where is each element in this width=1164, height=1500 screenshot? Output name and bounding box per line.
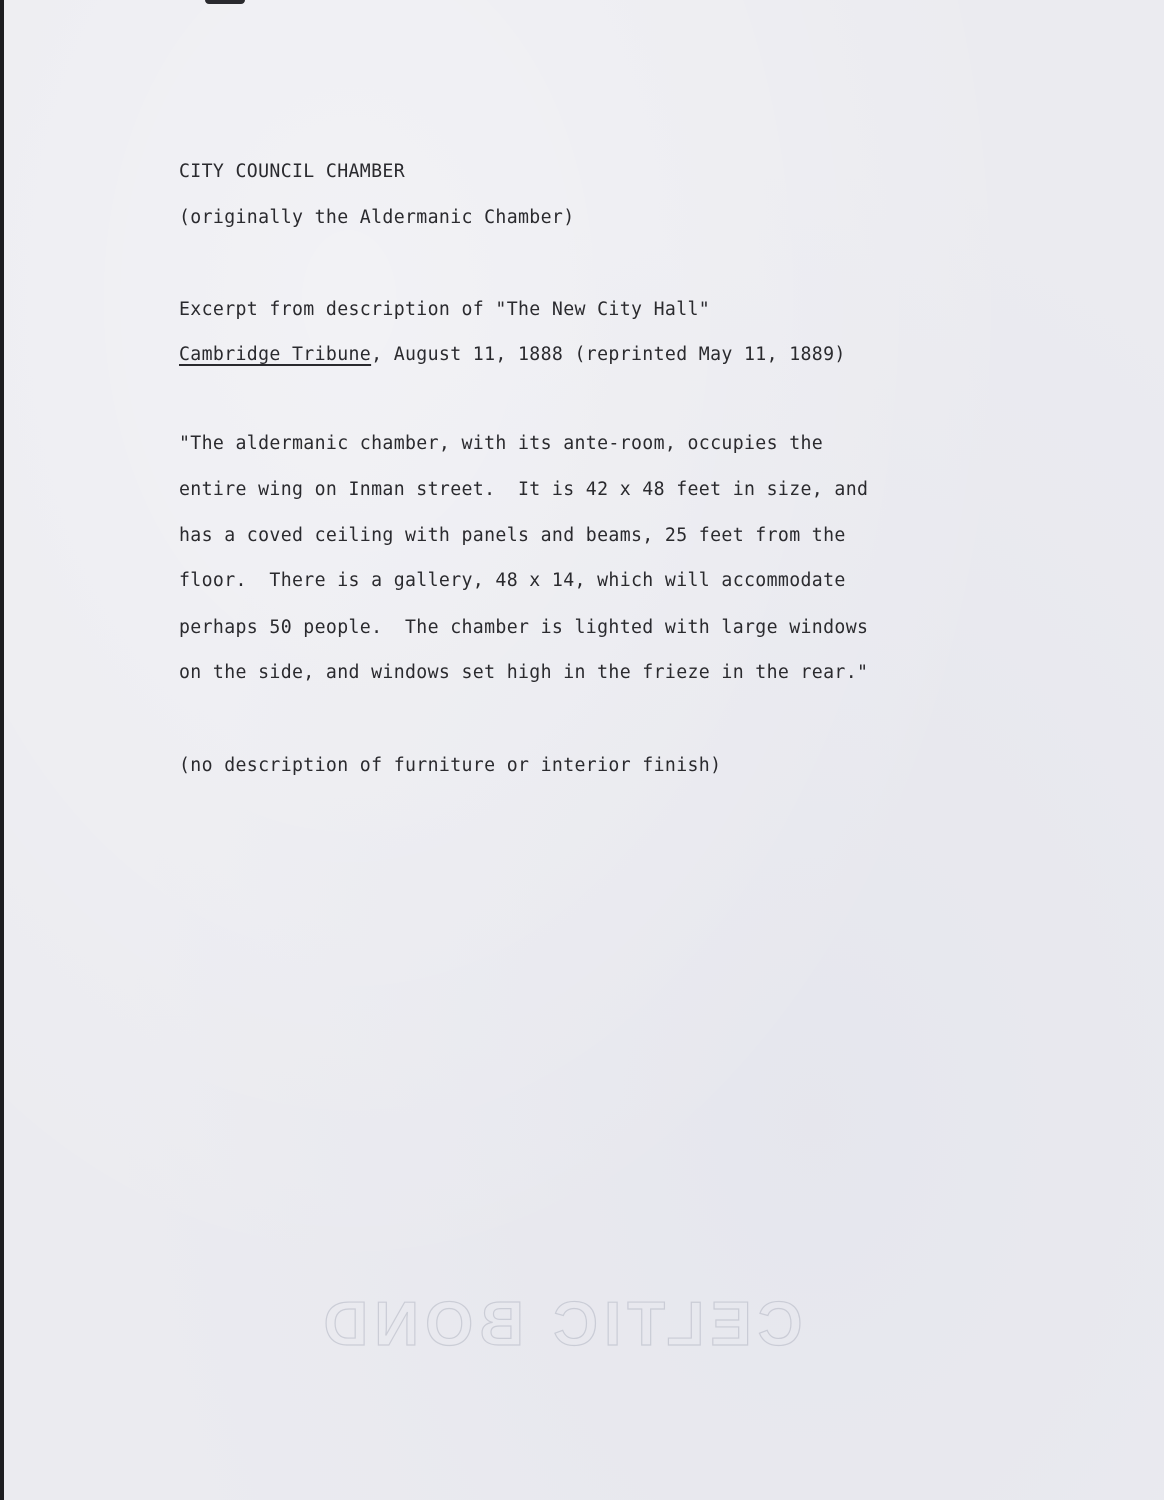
publication-name: Cambridge Tribune (179, 344, 371, 365)
quote-line: floor. There is a gallery, 48 x 14, whic… (179, 570, 846, 592)
paper-watermark: CELTIC BOND (250, 1290, 870, 1360)
source-description: Excerpt from description of "The New Cit… (179, 299, 710, 321)
source-citation: Cambridge Tribune, August 11, 1888 (repr… (179, 344, 846, 366)
quote-line: entire wing on Inman street. It is 42 x … (179, 479, 868, 501)
watermark-brand: CELTIC BOND (250, 1290, 870, 1360)
document-title: CITY COUNCIL CHAMBER (179, 161, 405, 183)
quote-line: "The aldermanic chamber, with its ante-r… (179, 433, 823, 455)
paper-page: CITY COUNCIL CHAMBER (originally the Ald… (0, 0, 1164, 1500)
quote-line: has a coved ceiling with panels and beam… (179, 525, 846, 547)
scan-edge (0, 0, 4, 1500)
editorial-note: (no description of furniture or interior… (179, 755, 721, 777)
quote-line: on the side, and windows set high in the… (179, 662, 868, 684)
publication-dates: , August 11, 1888 (reprinted May 11, 188… (371, 344, 846, 365)
quote-line: perhaps 50 people. The chamber is lighte… (179, 617, 868, 639)
scan-mark (205, 0, 245, 4)
document-subtitle: (originally the Aldermanic Chamber) (179, 207, 575, 229)
